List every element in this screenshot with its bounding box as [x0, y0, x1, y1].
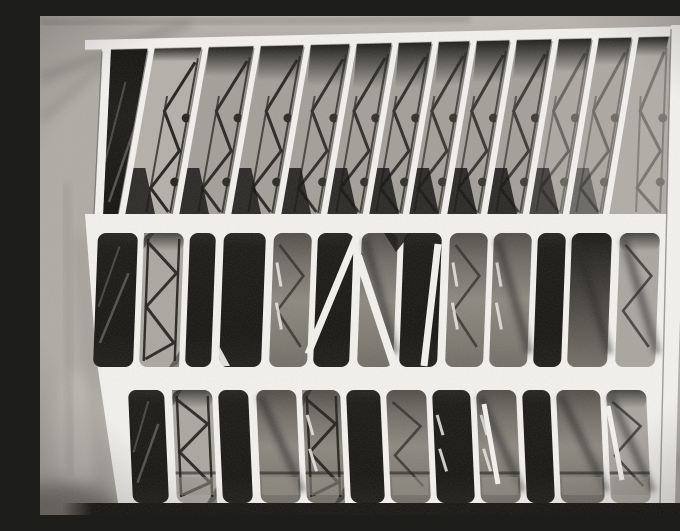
photo-canvas	[40, 16, 680, 515]
film-grain-overlay	[40, 16, 680, 515]
wing-framework-photo	[40, 16, 680, 515]
